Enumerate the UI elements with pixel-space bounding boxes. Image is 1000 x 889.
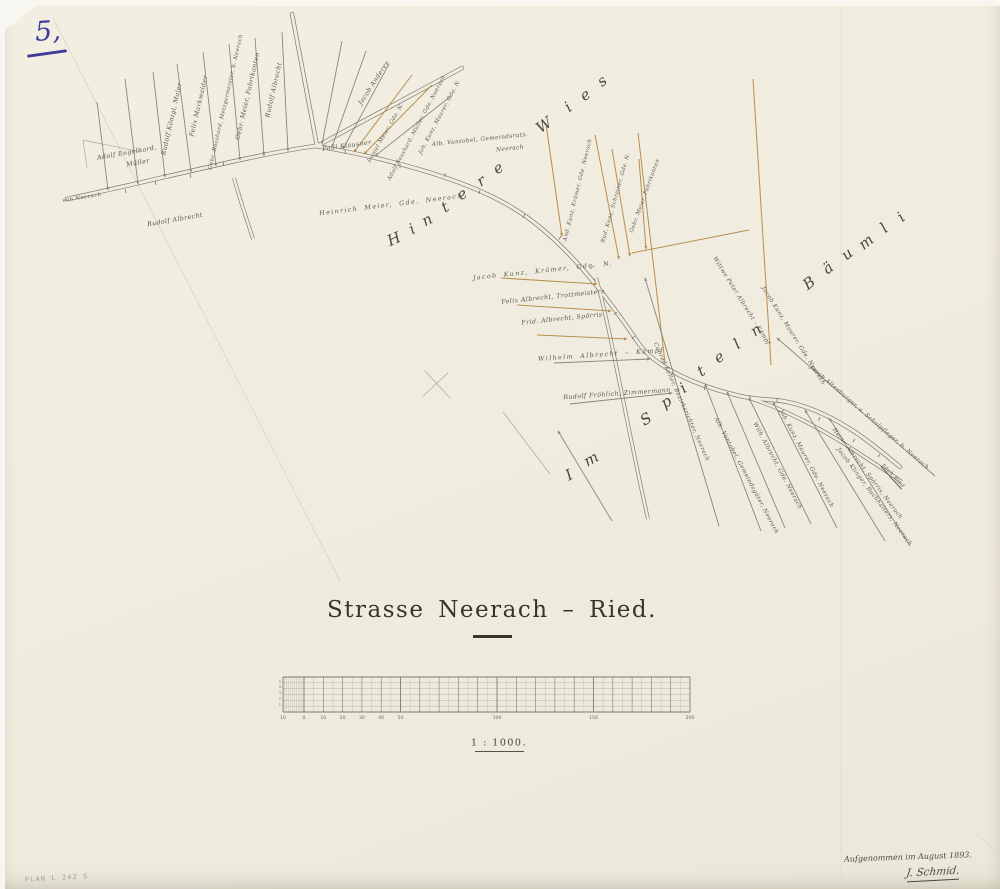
scale-row-label: 5 [279, 680, 281, 684]
scale-tick-label: 20 [340, 716, 346, 721]
title-underline [473, 635, 512, 638]
scale-tick-label: 150 [589, 716, 598, 721]
scale-row-label: 3 [279, 691, 281, 695]
roads [67, 14, 902, 519]
scale-row-label: 2 [279, 697, 281, 701]
scale-tick-label: 100 [493, 716, 502, 721]
scale-tick-label: 30 [359, 716, 365, 721]
paper-sheet: 5, Adolf Engelhard,Müllervon NeerachRudo… [5, 6, 1000, 889]
scale-ratio-underline [475, 751, 524, 752]
scale-bar [283, 677, 690, 712]
scale-ratio: 1 : 1000. [471, 738, 527, 749]
map-title: Strasse Neerach – Ried. [327, 597, 657, 623]
scale-tick-label: 50 [398, 716, 404, 721]
scanned-plan-page: 5, Adolf Engelhard,Müllervon NeerachRudo… [0, 0, 1000, 889]
plan-number: 5, [34, 15, 62, 48]
scale-tick-label: 10 [280, 716, 286, 721]
scale-row-label: 4 [279, 685, 281, 689]
scale-tick-label: 200 [686, 716, 695, 721]
scale-tick-label: 10 [320, 716, 326, 721]
scale-tick-label: 40 [378, 716, 384, 721]
scale-tick-label: 0 [303, 716, 306, 721]
scale-row-label: 1 [279, 703, 281, 707]
fold-creases [53, 6, 1000, 889]
